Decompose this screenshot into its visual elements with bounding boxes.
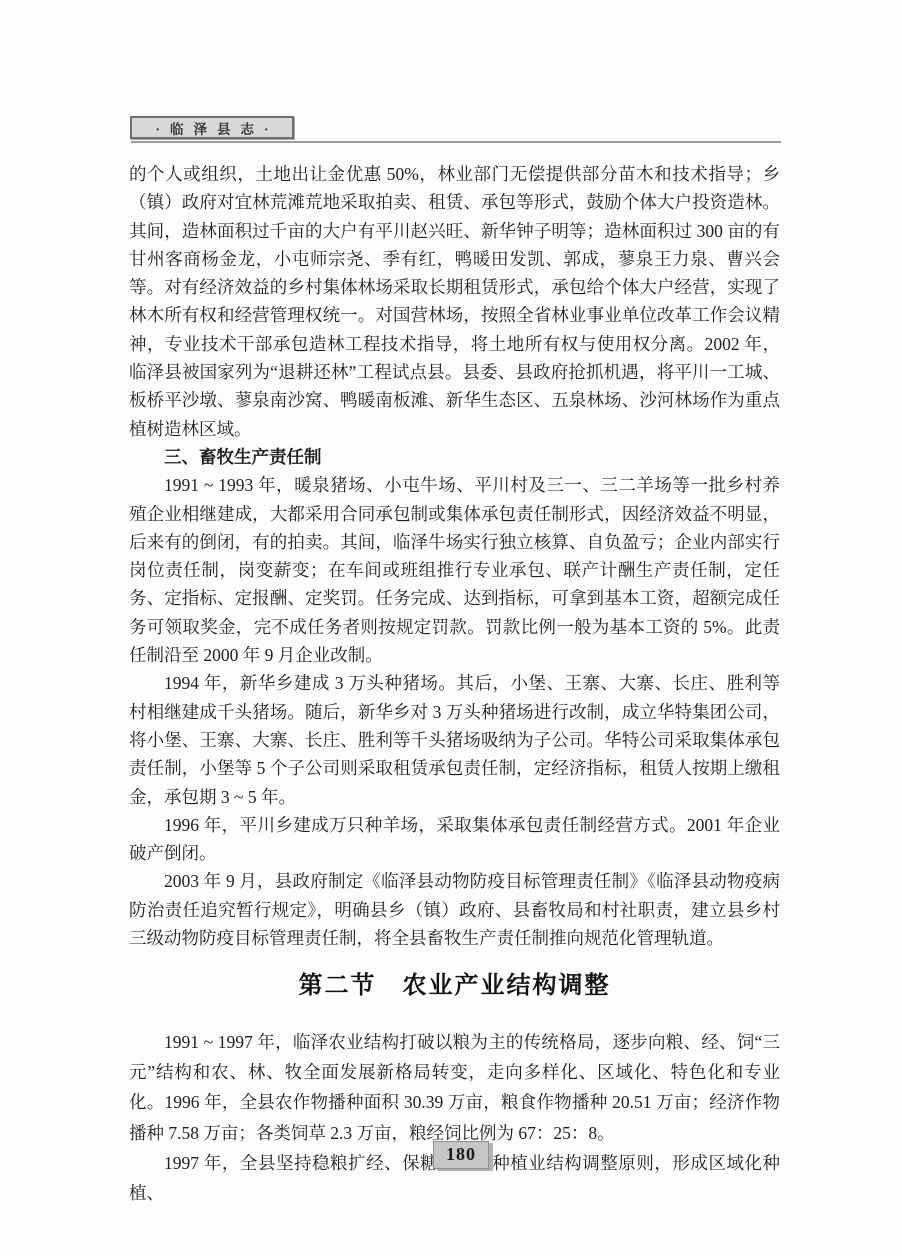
header-rule <box>131 141 781 143</box>
paragraph-livestock-4: 2003 年 9 月，县政府制定《临泽县动物防疫目标管理责任制》《临泽县动物疫病… <box>129 867 780 952</box>
book-page: ·临泽县志· 的个人或组织，土地出让金优惠 50%，林业部门无偿提供部分苗木和技… <box>0 0 902 1256</box>
page-number: 180 <box>433 1141 489 1169</box>
running-header: ·临泽县志· <box>130 116 294 139</box>
subsection-heading-livestock: 三、畜牧生产责任制 <box>129 443 780 471</box>
page-body: 的个人或组织，土地出让金优惠 50%，林业部门无偿提供部分苗木和技术指导；乡（镇… <box>129 160 780 1208</box>
paragraph-structure-1: 1991 ~ 1997 年，临泽农业结构打破以粮为主的传统格局，逐步向粮、经、饲… <box>129 1027 780 1148</box>
paragraph-livestock-2: 1994 年，新华乡建成 3 万头种猪场。其后，小堡、王寨、大寨、长庄、胜利等村… <box>129 669 780 810</box>
continuation-paragraph: 的个人或组织，土地出让金优惠 50%，林业部门无偿提供部分苗木和技术指导；乡（镇… <box>129 160 780 443</box>
section-title: 第二节 农业产业结构调整 <box>129 972 780 1000</box>
paragraph-livestock-1: 1991 ~ 1993 年，暖泉猪场、小屯牛场、平川村及三一、三二羊场等一批乡村… <box>129 471 780 669</box>
paragraph-livestock-3: 1996 年，平川乡建成万只种羊场，采取集体承包责任制经营方式。2001 年企业… <box>129 811 780 868</box>
